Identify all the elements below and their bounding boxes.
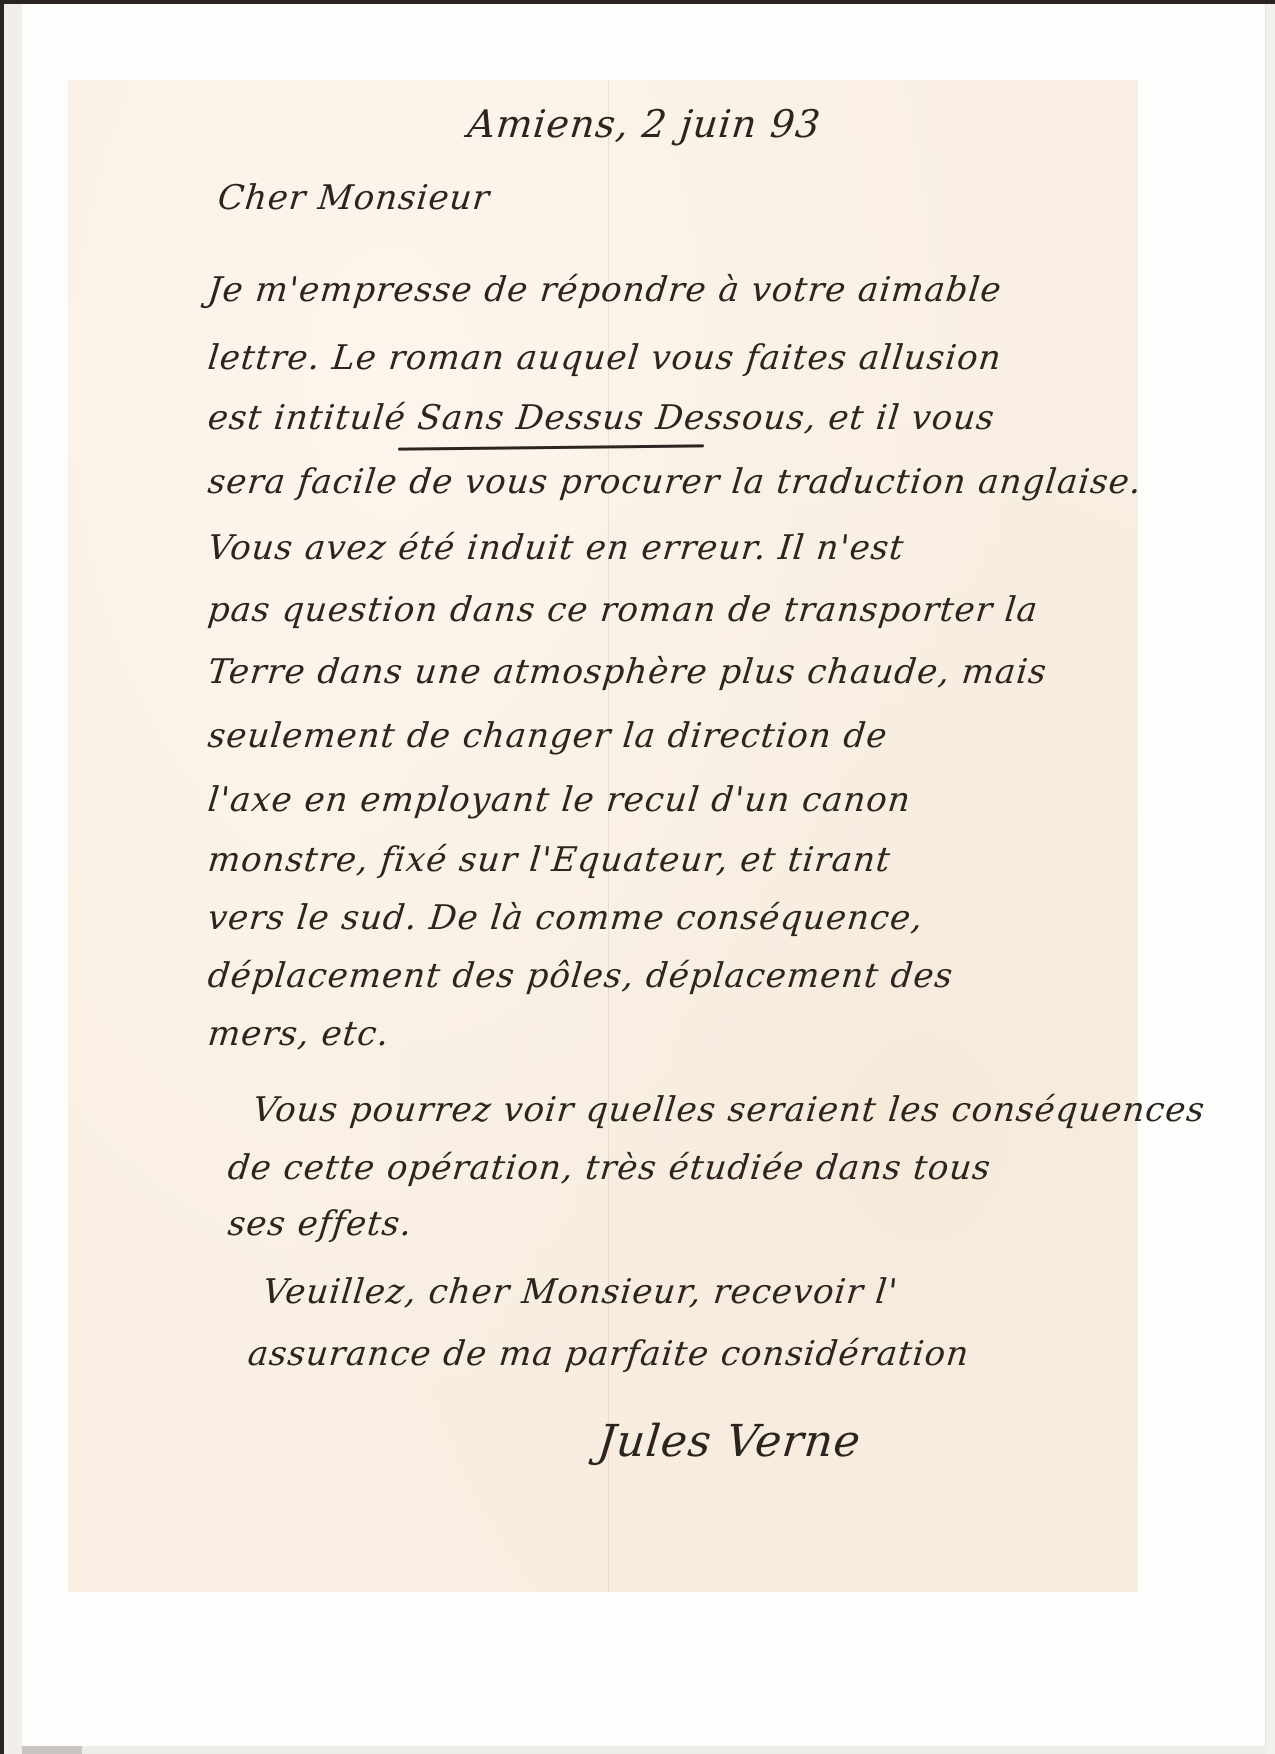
- body-line-11: vers le sud. De là comme conséquence,: [206, 898, 925, 938]
- paragraph-2-line-3: ses effets.: [226, 1204, 414, 1244]
- paragraph-2-line-1: Vous pourrez voir quelles seraient les c…: [251, 1090, 1207, 1130]
- signature: Jules Verne: [595, 1416, 863, 1467]
- body-line-10: monstre, fixé sur l'Equateur, et tirant: [206, 840, 893, 880]
- paragraph-2-line-2: de cette opération, très étudiée dans to…: [226, 1148, 993, 1188]
- scan-margin-left: [4, 4, 23, 1754]
- body-line-6: pas question dans ce roman de transporte…: [206, 590, 1040, 630]
- body-line-12: déplacement des pôles, déplacement des: [206, 956, 955, 996]
- body-line-5: Vous avez été induit en erreur. Il n'est: [206, 528, 906, 568]
- body-line-9: l'axe en employant le recul d'un canon: [206, 780, 913, 820]
- body-line-13: mers, etc.: [206, 1014, 392, 1054]
- body-line-7: Terre dans une atmosphère plus chaude, m…: [206, 652, 1049, 692]
- closing-line-1: Veuillez, cher Monsieur, recevoir l': [261, 1272, 900, 1312]
- body-line-4: sera facile de vous procurer la traducti…: [206, 462, 1144, 502]
- scan-edge-bottom: [22, 1746, 1266, 1754]
- letter-paper: Amiens, 2 juin 93 Cher Monsieur Je m'emp…: [68, 80, 1138, 1592]
- closing-line-2: assurance de ma parfaite considération: [246, 1334, 971, 1374]
- date-line: Amiens, 2 juin 93: [466, 102, 823, 146]
- title-underline: [398, 444, 704, 450]
- scan-edge-right: [1265, 4, 1275, 1754]
- body-line-2: lettre. Le roman auquel vous faites allu…: [206, 338, 1004, 378]
- salutation: Cher Monsieur: [216, 178, 492, 218]
- body-line-3: est intitulé Sans Dessus Dessous, et il …: [206, 398, 997, 438]
- body-line-1: Je m'empresse de répondre à votre aimabl…: [206, 270, 1004, 310]
- body-line-8: seulement de changer la direction de: [206, 716, 890, 756]
